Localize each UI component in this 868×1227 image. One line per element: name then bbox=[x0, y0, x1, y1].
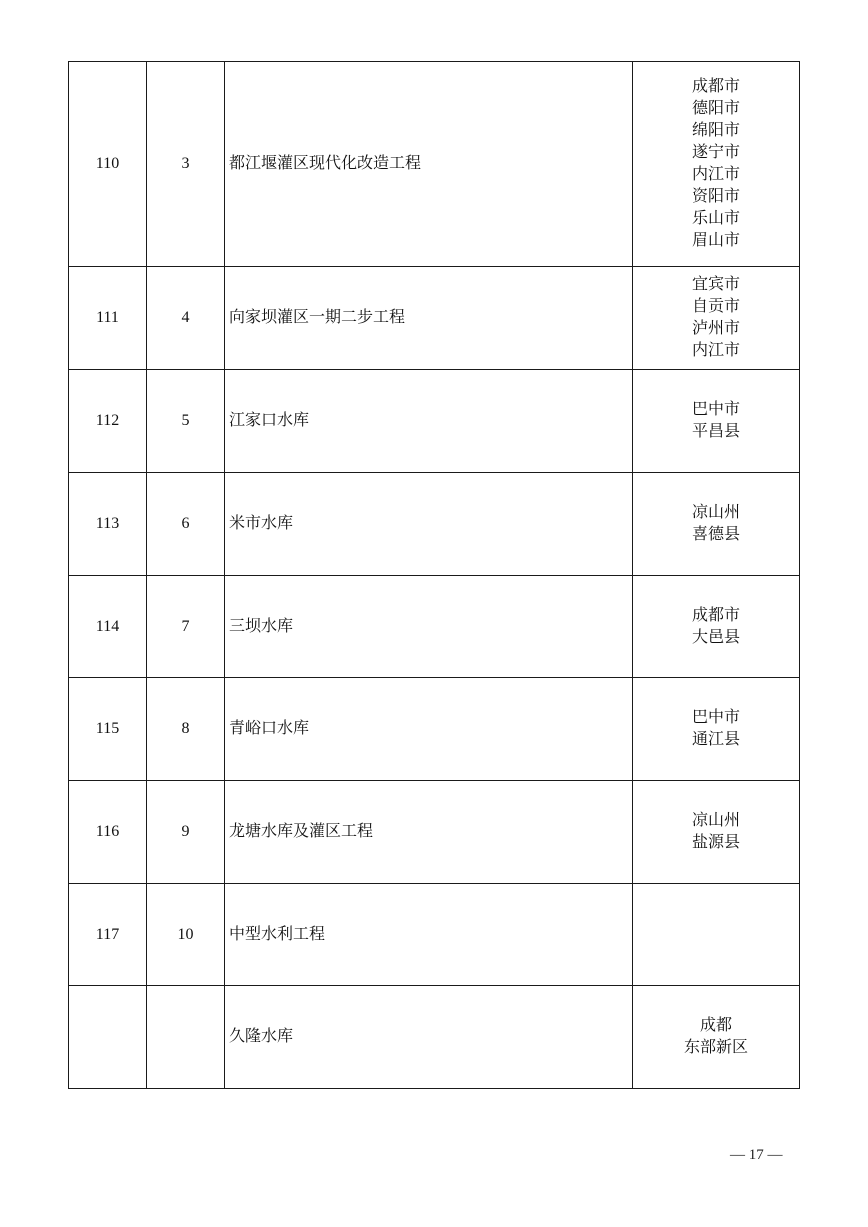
table-body: 1103都江堰灌区现代化改造工程成都市德阳市绵阳市遂宁市内江市资阳市乐山市眉山市… bbox=[69, 62, 800, 1089]
location-line: 盐源县 bbox=[633, 832, 799, 854]
table-row: 1114向家坝灌区一期二步工程宜宾市自贡市泸州市内江市 bbox=[69, 267, 800, 370]
row-sub-number: 9 bbox=[147, 781, 225, 884]
location-line: 巴中市 bbox=[633, 399, 799, 421]
location-line: 巴中市 bbox=[633, 707, 799, 729]
page-number: — 17 — bbox=[730, 1147, 783, 1164]
project-name: 久隆水库 bbox=[225, 986, 633, 1089]
table-row: 1103都江堰灌区现代化改造工程成都市德阳市绵阳市遂宁市内江市资阳市乐山市眉山市 bbox=[69, 62, 800, 267]
project-location: 成都市德阳市绵阳市遂宁市内江市资阳市乐山市眉山市 bbox=[633, 62, 800, 267]
location-line: 成都市 bbox=[633, 605, 799, 627]
location-line: 大邑县 bbox=[633, 627, 799, 649]
project-location: 成都东部新区 bbox=[633, 986, 800, 1089]
location-line: 东部新区 bbox=[633, 1037, 799, 1059]
project-name: 龙塘水库及灌区工程 bbox=[225, 781, 633, 884]
row-seq-number: 111 bbox=[69, 267, 147, 370]
location-line: 内江市 bbox=[633, 164, 799, 186]
row-sub-number: 10 bbox=[147, 884, 225, 986]
row-sub-number: 3 bbox=[147, 62, 225, 267]
location-line: 乐山市 bbox=[633, 208, 799, 230]
row-sub-number: 5 bbox=[147, 370, 225, 473]
table-row: 11710中型水利工程 bbox=[69, 884, 800, 986]
row-sub-number bbox=[147, 986, 225, 1089]
location-line: 喜德县 bbox=[633, 524, 799, 546]
table-row: 1125江家口水库巴中市平昌县 bbox=[69, 370, 800, 473]
project-location: 巴中市通江县 bbox=[633, 678, 800, 781]
project-name: 米市水库 bbox=[225, 473, 633, 576]
table-row: 1147三坝水库成都市大邑县 bbox=[69, 576, 800, 678]
table-row: 1169龙塘水库及灌区工程凉山州盐源县 bbox=[69, 781, 800, 884]
project-location bbox=[633, 884, 800, 986]
row-sub-number: 8 bbox=[147, 678, 225, 781]
location-line: 德阳市 bbox=[633, 98, 799, 120]
project-location: 宜宾市自贡市泸州市内江市 bbox=[633, 267, 800, 370]
row-seq-number: 114 bbox=[69, 576, 147, 678]
location-line: 自贡市 bbox=[633, 296, 799, 318]
location-line: 遂宁市 bbox=[633, 142, 799, 164]
row-seq-number bbox=[69, 986, 147, 1089]
location-line: 眉山市 bbox=[633, 230, 799, 252]
location-line: 泸州市 bbox=[633, 318, 799, 340]
table-row: 1136米市水库凉山州喜德县 bbox=[69, 473, 800, 576]
project-name: 中型水利工程 bbox=[225, 884, 633, 986]
row-seq-number: 115 bbox=[69, 678, 147, 781]
row-seq-number: 110 bbox=[69, 62, 147, 267]
location-line: 通江县 bbox=[633, 729, 799, 751]
location-line: 绵阳市 bbox=[633, 120, 799, 142]
row-sub-number: 4 bbox=[147, 267, 225, 370]
project-name: 三坝水库 bbox=[225, 576, 633, 678]
row-seq-number: 116 bbox=[69, 781, 147, 884]
row-sub-number: 6 bbox=[147, 473, 225, 576]
location-line: 宜宾市 bbox=[633, 274, 799, 296]
location-line: 资阳市 bbox=[633, 186, 799, 208]
project-name: 青峪口水库 bbox=[225, 678, 633, 781]
row-seq-number: 113 bbox=[69, 473, 147, 576]
location-line: 凉山州 bbox=[633, 502, 799, 524]
location-line: 平昌县 bbox=[633, 421, 799, 443]
project-table: 1103都江堰灌区现代化改造工程成都市德阳市绵阳市遂宁市内江市资阳市乐山市眉山市… bbox=[68, 61, 800, 1089]
table-row: 1158青峪口水库巴中市通江县 bbox=[69, 678, 800, 781]
project-name: 都江堰灌区现代化改造工程 bbox=[225, 62, 633, 267]
project-location: 凉山州喜德县 bbox=[633, 473, 800, 576]
location-line: 成都 bbox=[633, 1015, 799, 1037]
location-line: 成都市 bbox=[633, 76, 799, 98]
project-location: 凉山州盐源县 bbox=[633, 781, 800, 884]
location-line: 凉山州 bbox=[633, 810, 799, 832]
project-location: 成都市大邑县 bbox=[633, 576, 800, 678]
project-name: 向家坝灌区一期二步工程 bbox=[225, 267, 633, 370]
row-seq-number: 117 bbox=[69, 884, 147, 986]
row-seq-number: 112 bbox=[69, 370, 147, 473]
location-line: 内江市 bbox=[633, 340, 799, 362]
project-location: 巴中市平昌县 bbox=[633, 370, 800, 473]
project-name: 江家口水库 bbox=[225, 370, 633, 473]
row-sub-number: 7 bbox=[147, 576, 225, 678]
table-row: 久隆水库成都东部新区 bbox=[69, 986, 800, 1089]
